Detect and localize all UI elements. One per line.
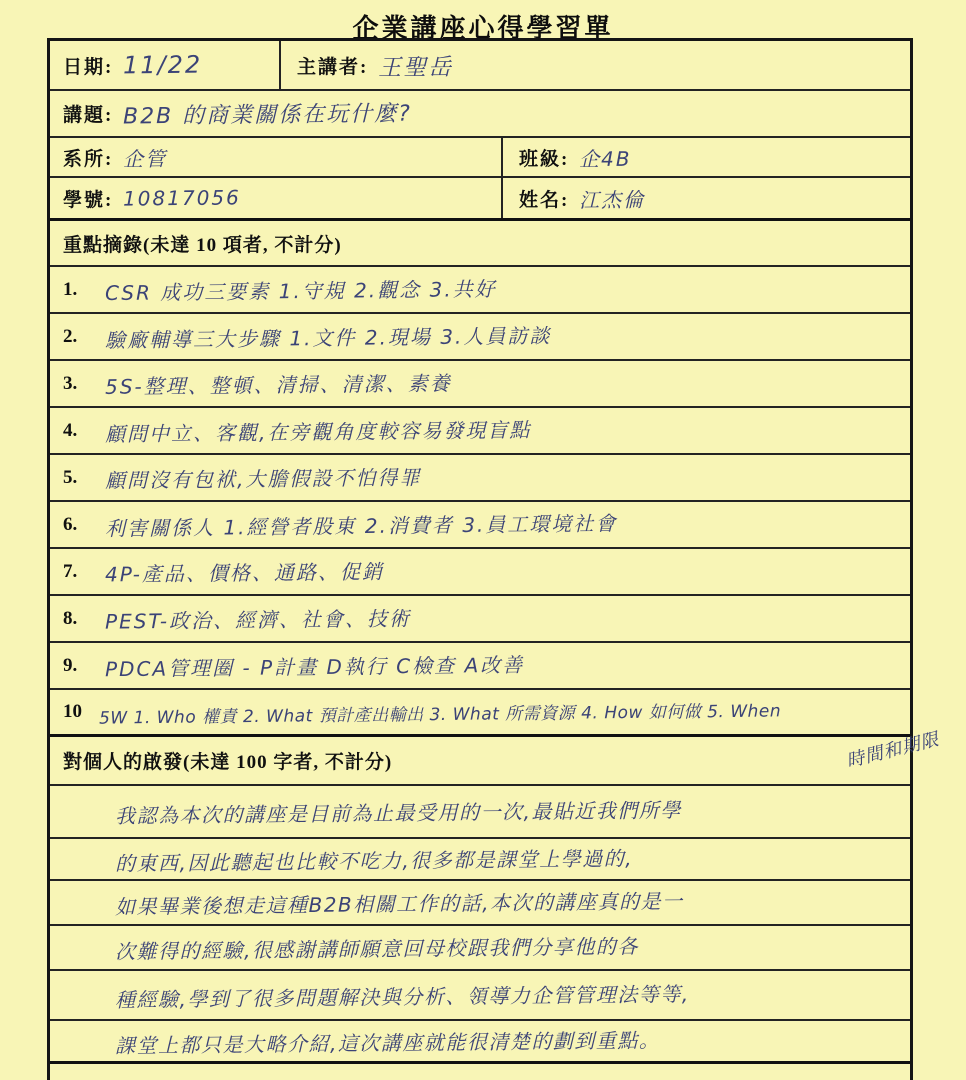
topic-label: 講題: bbox=[63, 100, 113, 127]
item-text-handwritten: PDCA管理圈 - P計畫 D執行 C檢查 A改善 bbox=[105, 649, 524, 682]
item-text-handwritten: 4P-產品、價格、通路、促銷 bbox=[105, 556, 384, 588]
row-date-speaker: 日期: 11/22 主講者: 王聖岳 bbox=[50, 41, 910, 91]
row-dept-class: 系所: 企管 班級: 企4B bbox=[50, 138, 910, 178]
speaker-cell: 主講者: 王聖岳 bbox=[281, 41, 910, 89]
reflection-line-row: 課堂上都只是大略介紹,這次講座就能很清楚的劃到重點。 bbox=[50, 1021, 910, 1064]
notes-section-header: 重點摘錄(未達 10 項者, 不計分) bbox=[50, 221, 910, 267]
reflection-line-row: 我認為本次的講座是目前為止最受用的一次,最貼近我們所學 bbox=[50, 786, 910, 839]
reflection-line-handwritten: 課堂上都只是大略介紹,這次講座就能很清楚的劃到重點。 bbox=[115, 1024, 661, 1059]
name-value-handwritten: 江杰倫 bbox=[579, 183, 645, 213]
item-number: 6. bbox=[63, 514, 97, 536]
speaker-label: 主講者: bbox=[297, 52, 368, 79]
reflection-line-handwritten: 我認為本次的講座是目前為止最受用的一次,最貼近我們所學 bbox=[115, 794, 682, 829]
row-topic: 講題: B2B 的商業關係在玩什麼? bbox=[50, 91, 910, 138]
item-number: 7. bbox=[63, 561, 97, 583]
reflection-section-title: 對個人的啟發(未達 100 字者, 不計分) bbox=[63, 747, 392, 774]
item-text-handwritten: 顧問沒有包袱,大膽假設不怕得罪 bbox=[105, 461, 422, 493]
item-text-handwritten: CSR 成功三要素 1.守規 2.觀念 3.共好 bbox=[105, 273, 497, 306]
item-text-handwritten: 驗廠輔導三大步驟 1.文件 2.現場 3.人員訪談 bbox=[105, 320, 552, 354]
name-cell: 姓名: 江杰倫 bbox=[503, 178, 910, 218]
item-number: 8. bbox=[63, 608, 97, 630]
dept-cell: 系所: 企管 bbox=[63, 138, 503, 176]
item-text-handwritten: 顧問中立、客觀,在旁觀角度較容易發現盲點 bbox=[105, 414, 532, 447]
item-number: 10 bbox=[63, 701, 97, 723]
notes-section-title: 重點摘錄(未達 10 項者, 不計分) bbox=[63, 230, 342, 257]
date-value-handwritten: 11/22 bbox=[123, 51, 202, 80]
dept-label: 系所: bbox=[63, 144, 113, 171]
note-item-row: 9. PDCA管理圈 - P計畫 D執行 C檢查 A改善 bbox=[50, 643, 910, 690]
class-cell: 班級: 企4B bbox=[503, 138, 910, 176]
row-studentid-name: 學號: 10817056 姓名: 江杰倫 bbox=[50, 178, 910, 221]
note-item-row: 8. PEST-政治、經濟、社會、技術 bbox=[50, 596, 910, 643]
reflection-line-handwritten: 的東西,因此聽起也比較不吃力,很多都是課堂上學過的, bbox=[115, 842, 633, 876]
class-label: 班級: bbox=[519, 144, 569, 171]
item-number: 3. bbox=[63, 373, 97, 395]
student-id-value-handwritten: 10817056 bbox=[123, 185, 241, 210]
student-id-cell: 學號: 10817056 bbox=[63, 178, 503, 218]
name-label: 姓名: bbox=[519, 185, 569, 212]
note-item-row: 3. 5S-整理、整頓、清掃、清潔、素養 bbox=[50, 361, 910, 408]
speaker-value-handwritten: 王聖岳 bbox=[378, 48, 453, 82]
note-item-row: 6. 利害關係人 1.經營者股東 2.消費者 3.員工環境社會 bbox=[50, 502, 910, 549]
item-number: 1. bbox=[63, 279, 97, 301]
reflection-line-row: 種經驗,學到了很多問題解決與分析、領導力企管管理法等等, bbox=[50, 971, 910, 1021]
item-number: 5. bbox=[63, 467, 97, 489]
note-item-row: 2. 驗廠輔導三大步驟 1.文件 2.現場 3.人員訪談 bbox=[50, 314, 910, 361]
item-text-handwritten: 5S-整理、整頓、清掃、清潔、素養 bbox=[105, 367, 452, 400]
item-text-handwritten: PEST-政治、經濟、社會、技術 bbox=[105, 602, 411, 634]
item-number: 9. bbox=[63, 655, 97, 677]
form-table: 日期: 11/22 主講者: 王聖岳 講題: B2B 的商業關係在玩什麼? 系所… bbox=[47, 38, 913, 1080]
note-item-row: 10 5W 1. Who 權責 2. What 預計產出輸出 3. What 所… bbox=[50, 690, 910, 737]
item-number: 2. bbox=[63, 326, 97, 348]
date-label: 日期: bbox=[63, 52, 113, 79]
note-item-row: 5. 顧問沒有包袱,大膽假設不怕得罪 bbox=[50, 455, 910, 502]
item-text-handwritten: 利害關係人 1.經營者股東 2.消費者 3.員工環境社會 bbox=[105, 507, 618, 541]
reflection-line-row: 如果畢業後想走這種B2B相關工作的話,本次的講座真的是一 bbox=[50, 881, 910, 926]
item-text-handwritten: 5W 1. Who 權責 2. What 預計產出輸出 3. What 所需資源… bbox=[99, 696, 781, 728]
partial-bottom-row bbox=[50, 1064, 910, 1080]
reflection-line-handwritten: 種經驗,學到了很多問題解決與分析、領導力企管管理法等等, bbox=[115, 977, 690, 1012]
student-id-label: 學號: bbox=[63, 185, 113, 212]
class-value-handwritten: 企4B bbox=[579, 142, 632, 172]
reflection-line-handwritten: 次難得的經驗,很感謝講師願意回母校跟我們分享他的各 bbox=[115, 930, 639, 964]
reflection-line-row: 的東西,因此聽起也比較不吃力,很多都是課堂上學過的, bbox=[50, 839, 910, 881]
note-item-row: 7. 4P-產品、價格、通路、促銷 bbox=[50, 549, 910, 596]
reflection-line-handwritten: 如果畢業後想走這種B2B相關工作的話,本次的講座真的是一 bbox=[115, 885, 684, 920]
date-cell: 日期: 11/22 bbox=[63, 41, 281, 89]
reflection-section-header: 對個人的啟發(未達 100 字者, 不計分) bbox=[50, 737, 910, 786]
note-item-row: 4. 顧問中立、客觀,在旁觀角度較容易發現盲點 bbox=[50, 408, 910, 455]
topic-value-handwritten: B2B 的商業關係在玩什麼? bbox=[123, 96, 412, 130]
dept-value-handwritten: 企管 bbox=[123, 142, 167, 171]
item-number: 4. bbox=[63, 420, 97, 442]
reflection-line-row: 次難得的經驗,很感謝講師願意回母校跟我們分享他的各 bbox=[50, 926, 910, 971]
note-item-row: 1. CSR 成功三要素 1.守規 2.觀念 3.共好 bbox=[50, 267, 910, 314]
